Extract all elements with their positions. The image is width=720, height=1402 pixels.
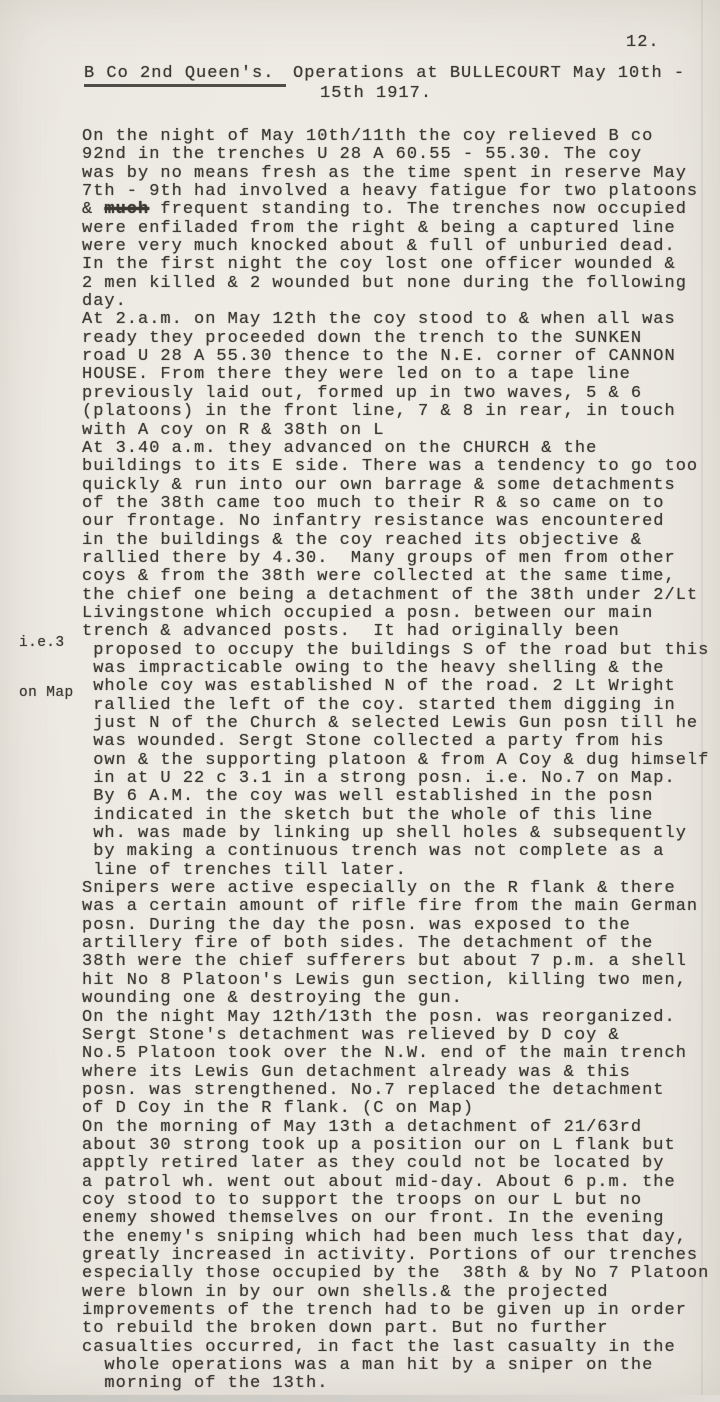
text-line: indicated in the sketch but the whole of…: [82, 807, 712, 825]
text-line: rallied there by 4.30. Many groups of me…: [82, 550, 712, 568]
text-line: At 2.a.m. on May 12th the coy stood to &…: [82, 311, 712, 329]
text-line: previously laid out, formed up in two wa…: [82, 385, 712, 403]
text-line: (platoons) in the front line, 7 & 8 in r…: [82, 403, 712, 421]
text-line: day.: [82, 293, 712, 311]
text-line: a patrol wh. went out about mid-day. Abo…: [82, 1174, 712, 1192]
text-line: where its Lewis Gun detachment already w…: [82, 1064, 712, 1082]
text-line: was wounded. Sergt Stone collected a par…: [82, 733, 712, 751]
text-line: road U 28 A 55.30 thence to the N.E. cor…: [82, 348, 712, 366]
text-line: the chief one being a detachment of the …: [82, 587, 712, 605]
page-number: 12.: [626, 33, 660, 52]
text-line: the enemy's sniping which had been much …: [82, 1229, 712, 1247]
scan-edge-shadow: [0, 1395, 720, 1402]
text-line: our frontage. No infantry resistance was…: [82, 513, 712, 531]
margin-note-line1: i.e.3: [19, 635, 74, 652]
text-line: just N of the Church & selected Lewis Gu…: [82, 715, 712, 733]
text-line: Livingstone which occupied a posn. betwe…: [82, 605, 712, 623]
text-line: of the 38th came too much to their R & s…: [82, 495, 712, 513]
text-line: wh. was made by linking up shell holes &…: [82, 825, 712, 843]
text-line: line of trenches till later.: [82, 862, 712, 880]
text-line: posn. During the day the posn. was expos…: [82, 917, 712, 935]
text-line: At 3.40 a.m. they advanced on the CHURCH…: [82, 440, 712, 458]
text-segment: &: [82, 200, 104, 219]
margin-note: i.e.3 on Map: [19, 602, 74, 734]
text-line: wounding one & destroying the gun.: [82, 990, 712, 1008]
text-line: in the buildings & the coy reached its o…: [82, 532, 712, 550]
text-line: artillery fire of both sides. The detach…: [82, 935, 712, 953]
text-line: Snipers were active especially on the R …: [82, 880, 712, 898]
text-line: trench & advanced posts. It had original…: [82, 623, 712, 641]
text-line: enemy showed themselves on our front. In…: [82, 1210, 712, 1228]
text-line: ready they proceeded down the trench to …: [82, 330, 712, 348]
text-line: coys & from the 38th were collected at t…: [82, 568, 712, 586]
heading-title-line1: Operations at BULLECOURT May 10th -: [293, 64, 685, 83]
paper-crease: [701, 0, 703, 1402]
text-line: was impracticable owing to the heavy she…: [82, 660, 712, 678]
text-line: by making a continuous trench was not co…: [82, 843, 712, 861]
text-line: greatly increased in activity. Portions …: [82, 1247, 712, 1265]
text-line: In the first night the coy lost one offi…: [82, 256, 712, 274]
text-line: hit No 8 Platoon's Lewis gun section, ki…: [82, 972, 712, 990]
text-line: own & the supporting platoon & from A Co…: [82, 752, 712, 770]
text-line: to rebuild the broken down part. But no …: [82, 1320, 712, 1338]
text-line: with A coy on R & 38th on L: [82, 422, 712, 440]
text-line: 2 men killed & 2 wounded but none during…: [82, 275, 712, 293]
text-line: were blown in by our own shells.& the pr…: [82, 1284, 712, 1302]
text-line: On the night May 12th/13th the posn. was…: [82, 1009, 712, 1027]
text-line: whole operations was a man hit by a snip…: [82, 1357, 712, 1375]
text-line: improvements of the trench had to be giv…: [82, 1302, 712, 1320]
text-line: was by no means fresh as the time spent …: [82, 165, 712, 183]
text-line: apptly retired later as they could not b…: [82, 1155, 712, 1173]
text-line: buildings to its E side. There was a ten…: [82, 458, 712, 476]
text-line: 7th - 9th had involved a heavy fatigue f…: [82, 183, 712, 201]
text-line: was a certain amount of rifle fire from …: [82, 898, 712, 916]
struck-word: much: [104, 200, 149, 219]
text-line: 38th were the chief sufferers but about …: [82, 953, 712, 971]
text-line: quickly & run into our own barrage & som…: [82, 477, 712, 495]
text-segment: frequent standing to. The trenches now o…: [149, 200, 687, 219]
text-line: Sergt Stone's detachment was relieved by…: [82, 1027, 712, 1045]
text-line: & much frequent standing to. The trenche…: [82, 201, 712, 219]
text-line: whole coy was established N of the road.…: [82, 678, 712, 696]
text-line: about 30 strong took up a position our o…: [82, 1137, 712, 1155]
body-text: On the night of May 10th/11th the coy re…: [82, 128, 712, 1394]
text-line: No.5 Platoon took over the N.W. end of t…: [82, 1045, 712, 1063]
text-line: of D Coy in the R flank. (C on Map): [82, 1100, 712, 1118]
text-line: proposed to occupy the buildings S of th…: [82, 642, 712, 660]
text-line: especially those occupied by the 38th & …: [82, 1265, 712, 1283]
text-line: On the night of May 10th/11th the coy re…: [82, 128, 712, 146]
text-line: morning of the 13th.: [82, 1375, 712, 1393]
heading-unit: B Co 2nd Queen's.: [84, 64, 286, 87]
text-line: rallied the left of the coy. started the…: [82, 697, 712, 715]
text-line: casualties occurred, in fact the last ca…: [82, 1339, 712, 1357]
text-line: in at U 22 c 3.1 in a strong posn. i.e. …: [82, 770, 712, 788]
text-line: On the morning of May 13th a detachment …: [82, 1119, 712, 1137]
text-line: 92nd in the trenches U 28 A 60.55 - 55.3…: [82, 146, 712, 164]
text-line: HOUSE. From there they were led on to a …: [82, 366, 712, 384]
text-line: posn. was strengthened. No.7 replaced th…: [82, 1082, 712, 1100]
text-line: coy stood to to support the troops on ou…: [82, 1192, 712, 1210]
text-line: By 6 A.M. the coy was well established i…: [82, 788, 712, 806]
text-line: were enfiladed from the right & being a …: [82, 220, 712, 238]
margin-note-line2: on Map: [19, 685, 74, 702]
heading-title-line2: 15th 1917.: [320, 84, 432, 103]
text-line: were very much knocked about & full of u…: [82, 238, 712, 256]
document-page: 12. B Co 2nd Queen's. Operations at BULL…: [0, 0, 720, 1402]
